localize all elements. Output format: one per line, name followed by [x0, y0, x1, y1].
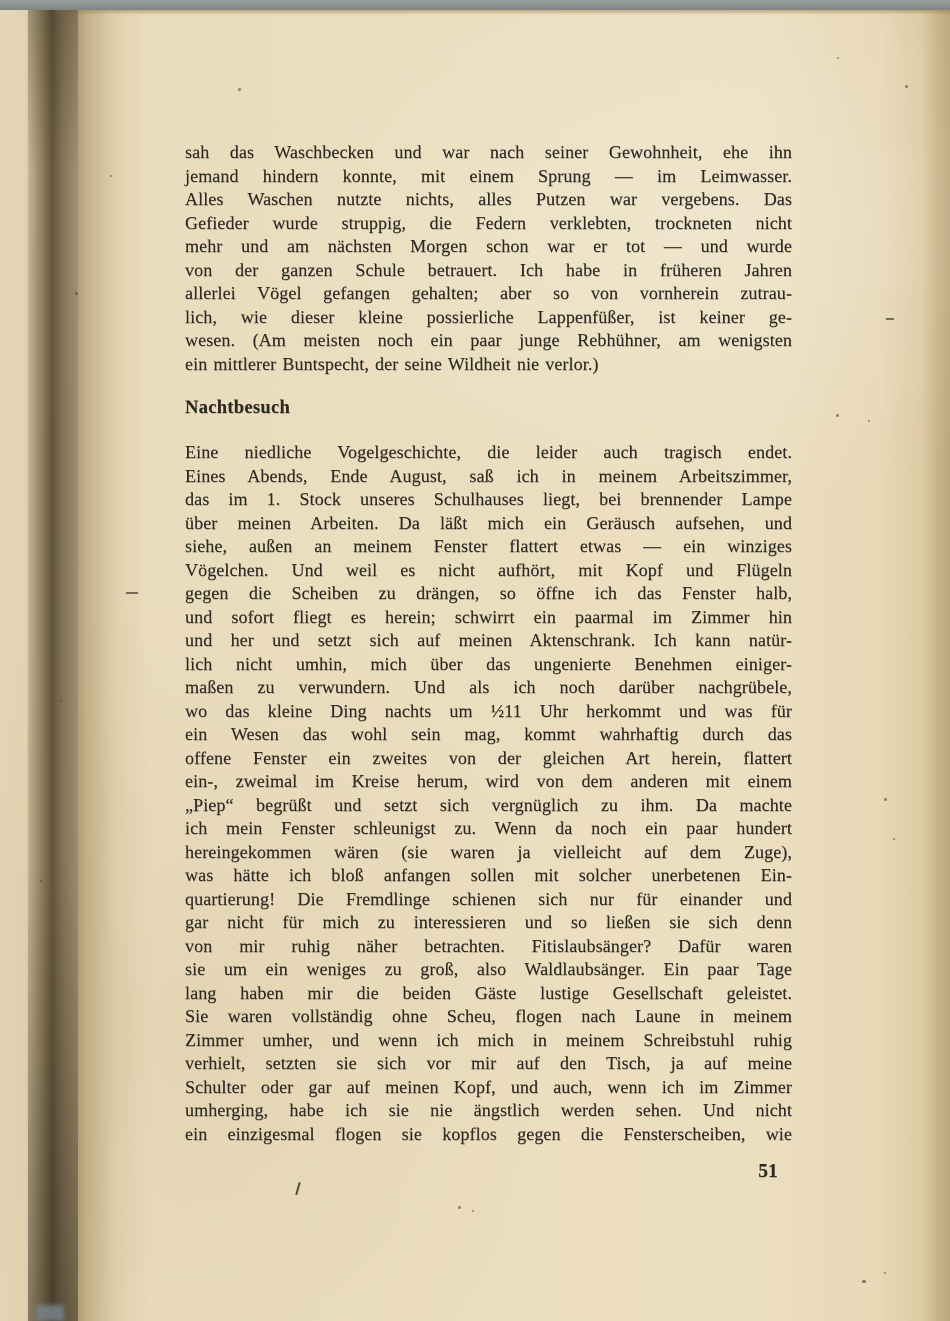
text-line: ein einzigesmal flogen sie kopflos gegen… — [185, 1123, 792, 1147]
text-line: gar nicht für mich zu interessieren und … — [185, 911, 792, 935]
text-line: von mir ruhig näher betrachten. Fitislau… — [185, 935, 792, 959]
paper-speck — [238, 88, 241, 91]
paper-mark — [126, 592, 138, 594]
paragraph-nachtbesuch: Eine niedliche Vogelgeschichte, die leid… — [185, 441, 792, 1146]
text-line: verhielt, setzten sie sich vor mir auf d… — [185, 1052, 792, 1076]
text-line: gegen die Scheiben zu drängen, so öffne … — [185, 582, 792, 606]
paper-speck — [837, 57, 839, 59]
page-text-block: sah das Waschbecken und war nach seiner … — [185, 141, 792, 1146]
text-line: das im 1. Stock unseres Schulhauses lieg… — [185, 488, 792, 512]
text-line: sie um ein weniges zu groß, also Waldlau… — [185, 958, 792, 982]
text-line: wo das kleine Ding nachts um ½11 Uhr her… — [185, 700, 792, 724]
paper-speck — [110, 175, 112, 177]
text-line: hereingekommen wären (sie waren ja viell… — [185, 841, 792, 865]
text-line: „Piep“ begrüßt und setzt sich vergnüglic… — [185, 794, 792, 818]
book-gutter-shadow — [28, 10, 78, 1321]
scanner-background-strip — [0, 0, 950, 10]
text-line: über meinen Arbeiten. Da läßt mich ein G… — [185, 512, 792, 536]
paragraph-continued-from-previous-page: sah das Waschbecken und war nach seiner … — [185, 141, 792, 376]
paper-speck — [862, 1280, 866, 1283]
paper-speck — [472, 1210, 474, 1212]
text-line: lich nicht umhin, mich über das ungenier… — [185, 653, 792, 677]
text-line: mehr und am nächsten Morgen schon war er… — [185, 235, 792, 259]
text-line: siehe, außen an meinem Fenster flattert … — [185, 535, 792, 559]
paper-speck — [75, 292, 78, 295]
text-line: jemand hindern konnte, mit einem Sprung … — [185, 165, 792, 189]
paper-speck — [40, 880, 42, 882]
text-line: Eine niedliche Vogelgeschichte, die leid… — [185, 441, 792, 465]
text-line: Alles Waschen nutzte nichts, alles Putze… — [185, 188, 792, 212]
section-heading: Nachtbesuch — [185, 396, 792, 420]
paper-speck — [868, 420, 870, 422]
text-line: sah das Waschbecken und war nach seiner … — [185, 141, 792, 165]
text-line: Gefieder wurde struppig, die Federn verk… — [185, 212, 792, 236]
text-line: Zimmer umher, und wenn ich mich in meine… — [185, 1029, 792, 1053]
paper-speck — [884, 798, 887, 801]
paper-speck — [458, 1206, 461, 1209]
paper-speck — [893, 838, 895, 840]
paper-speck — [836, 414, 839, 417]
text-line: maßen zu verwundern. Und als ich noch da… — [185, 676, 792, 700]
text-line: offene Fenster ein zweites von der gleic… — [185, 747, 792, 771]
page-top-edge-shadow — [55, 10, 950, 15]
text-line: ein Wesen das wohl sein mag, kommt wahrh… — [185, 723, 792, 747]
text-line: ich mein Fenster schleunigst zu. Wenn da… — [185, 817, 792, 841]
text-line: Vögelchen. Und weil es nicht aufhört, mi… — [185, 559, 792, 583]
paper-mark — [886, 318, 894, 320]
text-line: allerlei Vögel gefangen gehalten; aber s… — [185, 282, 792, 306]
text-line: und sofort fliegt es herein; schwirrt ei… — [185, 606, 792, 630]
text-line: was hätte ich bloß anfangen sollen mit s… — [185, 864, 792, 888]
paper-speck — [905, 85, 908, 88]
text-line: ein mittlerer Buntspecht, der seine Wild… — [185, 353, 792, 377]
text-line: wesen. (Am meisten noch ein paar junge R… — [185, 329, 792, 353]
text-line: ein-, zweimal im Kreise herum, wird von … — [185, 770, 792, 794]
paper-speck — [884, 1272, 886, 1274]
text-line: umherging, habe ich sie nie ängstlich we… — [185, 1099, 792, 1123]
text-line: und her und setzt sich auf meinen Aktens… — [185, 629, 792, 653]
text-line: lang haben mir die beiden Gäste lustige … — [185, 982, 792, 1006]
text-line: von der ganzen Schule betrauert. Ich hab… — [185, 259, 792, 283]
text-line: Sie waren vollständig ohne Scheu, flogen… — [185, 1005, 792, 1029]
paper-speck — [60, 700, 62, 702]
gutter-bottom-shadow — [36, 1305, 64, 1321]
text-line: quartierung! Die Fremdlinge schienen sic… — [185, 888, 792, 912]
text-line: Eines Abends, Ende August, saß ich in me… — [185, 465, 792, 489]
text-line: lich, wie dieser kleine possierliche Lap… — [185, 306, 792, 330]
page-number: 51 — [744, 1161, 792, 1183]
text-line: Schulter oder gar auf meinen Kopf, und a… — [185, 1076, 792, 1100]
